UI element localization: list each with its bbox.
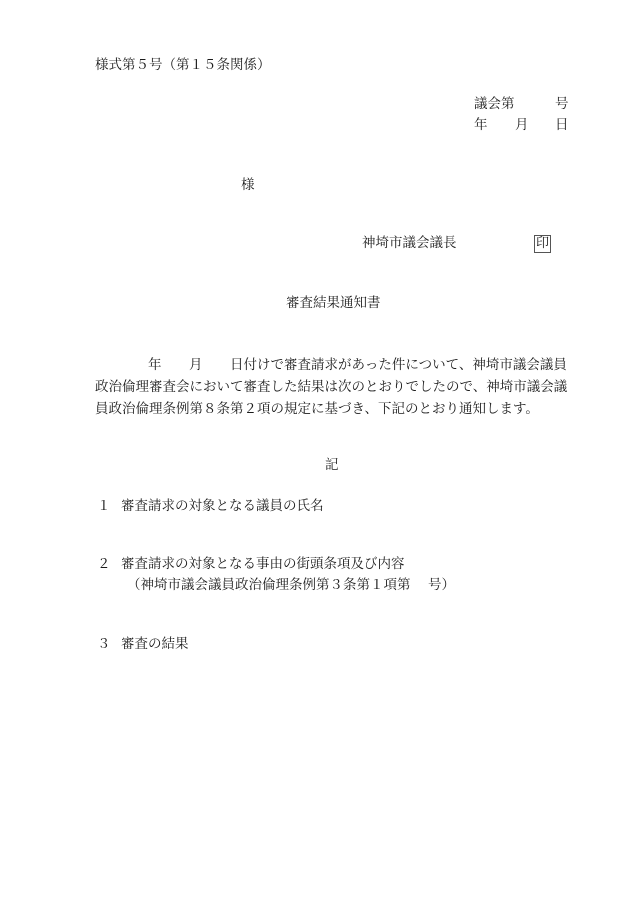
date-year-label: 年: [474, 119, 488, 133]
item-2-text: 審査請求の対象となる事由の街頭条項及び内容: [121, 558, 405, 572]
item-1-text: 審査請求の対象となる議員の氏名: [121, 500, 324, 514]
body-line-1: 日付けで審査請求があった件について、神埼市議会議員: [230, 359, 567, 373]
item-2-subtext-prefix: （神埼市議会議員政治倫理条例第３条第１項第: [127, 579, 411, 593]
body-line-2: 政治倫理審査会において審査した結果は次のとおりでしたので、神埼市議会議: [95, 381, 567, 395]
seal-mark: 印: [534, 235, 551, 253]
body-month-label: 月: [189, 359, 203, 373]
item-1-number: １: [97, 500, 111, 514]
item-3-text: 審査の結果: [121, 638, 189, 652]
sender-title: 神埼市議会議長: [362, 237, 457, 251]
date-day-label: 日: [555, 119, 569, 133]
body-year-label: 年: [148, 359, 162, 373]
seal-icon: 印: [534, 235, 551, 253]
body-line-3: 員政治倫理条例第８条第２項の規定に基づき、下記のとおり通知します。: [95, 403, 539, 417]
addressee-suffix: 様: [241, 179, 255, 193]
document-title: 審査結果通知書: [286, 297, 381, 311]
form-label: 様式第５号（第１５条関係）: [95, 59, 271, 73]
doc-number-prefix: 議会第: [474, 98, 515, 112]
doc-number-suffix: 号: [555, 98, 569, 112]
date-month-label: 月: [515, 119, 529, 133]
note-heading: 記: [325, 459, 339, 473]
item-2-number: ２: [97, 558, 111, 572]
item-2-subtext-suffix: 号）: [428, 579, 455, 593]
item-3-number: ３: [97, 638, 111, 652]
